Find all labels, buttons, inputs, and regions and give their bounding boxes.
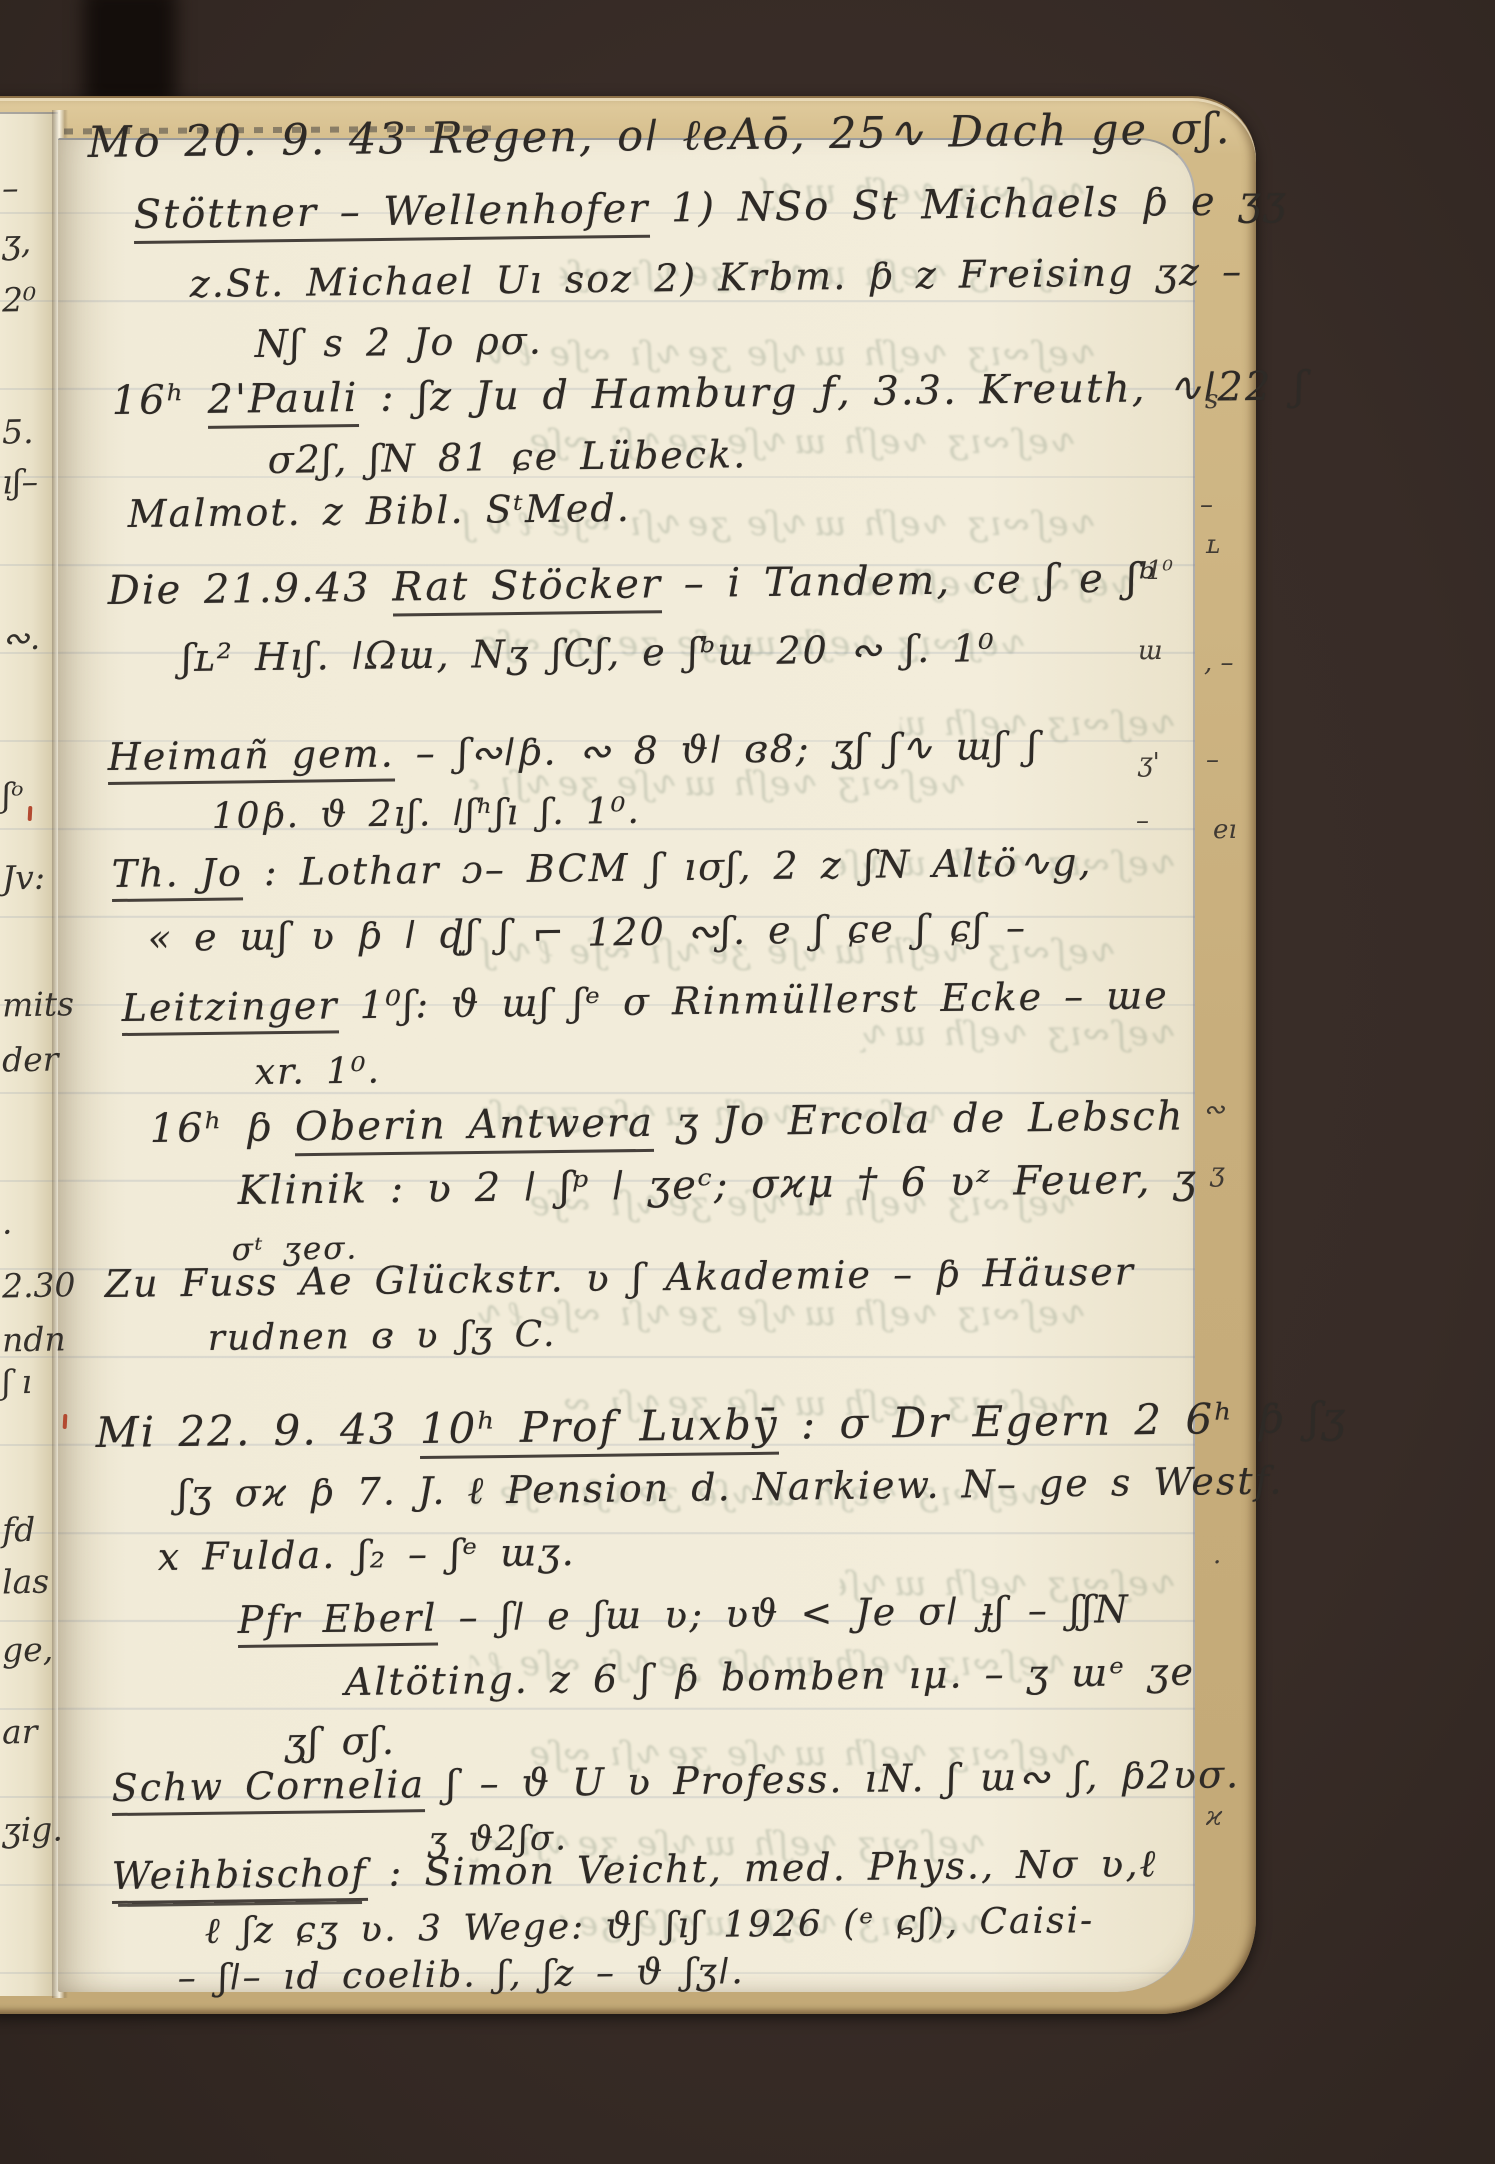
bleedthrough-row: ∿eʃ∾ıʒ ∿eʃh ɯ∿ʃe ʒe∿ʃı ∾ʃe ℓ∿ ʃeɯ ʒ∿e ʃı… bbox=[760, 172, 1090, 218]
binding-shadow bbox=[84, 0, 176, 106]
red-tick bbox=[28, 806, 33, 821]
bleedthrough-row: ∿eʃ∾ıʒ ∿eʃh ɯ∿ʃe ʒe∿ʃı ∾ʃe ℓ∿ ʃeɯ ʒ∿e ʃı… bbox=[840, 844, 1180, 890]
red-tick bbox=[63, 1414, 68, 1429]
bleedthrough-row: ∿eʃ∾ıʒ ∿eʃh ɯ∿ʃe ʒe∿ʃı ∾ʃe ℓ∿ ʃeɯ ʒ∿e ʃı… bbox=[470, 764, 970, 810]
bleedthrough-row: ∿eʃ∾ıʒ ∿eʃh ɯ∿ʃe ʒe∿ʃı ∾ʃe ℓ∿ ʃeɯ ʒ∿e ʃı… bbox=[900, 704, 1180, 750]
bleedthrough-row: ∿eʃ∾ıʒ ∿eʃh ɯ∿ʃe ʒe∿ʃı ∾ʃe ℓ∿ ʃeɯ ʒ∿e ʃı… bbox=[470, 1474, 1050, 1520]
bleedthrough-row: ∿eʃ∾ıʒ ∿eʃh ɯ∿ʃe ʒe∿ʃı ∾ʃe ℓ∿ ʃeɯ ʒ∿e ʃı… bbox=[480, 932, 1120, 978]
notebook-photo: ∿eʃ∾ıʒ ∿eʃh ɯ∿ʃe ʒe∿ʃı ∾ʃe ℓ∿ ʃeɯ ʒ∿e ʃı… bbox=[0, 0, 1495, 2164]
bleedthrough-row: ∿eʃ∾ıʒ ∿eʃh ɯ∿ʃe ʒe∿ʃı ∾ʃe ℓ∿ ʃeɯ ʒ∿e ʃı… bbox=[480, 334, 1100, 380]
bleedthrough-row: ∿eʃ∾ıʒ ∿eʃh ɯ∿ʃe ʒe∿ʃı ∾ʃe ℓ∿ ʃeɯ ʒ∿e ʃı… bbox=[470, 1644, 1070, 1690]
bleedthrough-row: ∿eʃ∾ıʒ ∿eʃh ɯ∿ʃe ʒe∿ʃı ∾ʃe ℓ∿ ʃeɯ ʒ∿e ʃı… bbox=[520, 1184, 1080, 1230]
bleedthrough-row: ∿eʃ∾ıʒ ∿eʃh ɯ∿ʃe ʒe∿ʃı ∾ʃe ℓ∿ ʃeɯ ʒ∿e ʃı… bbox=[470, 1824, 990, 1870]
bleedthrough-row: ∿eʃ∾ıʒ ∿eʃh ɯ∿ʃe ʒe∿ʃı ∾ʃe ℓ∿ ʃeɯ ʒ∿e ʃı… bbox=[840, 1564, 1180, 1610]
bleedthrough-row: ∿eʃ∾ıʒ ∿eʃh ɯ∿ʃe ʒe∿ʃı ∾ʃe ℓ∿ ʃeɯ ʒ∿e ʃı… bbox=[560, 1384, 1080, 1430]
bleedthrough-row: ∿eʃ∾ıʒ ∿eʃh ɯ∿ʃe ʒe∿ʃı ∾ʃe ℓ∿ ʃeɯ ʒ∿e ʃı… bbox=[860, 1014, 1180, 1060]
bleedthrough-row: ∿eʃ∾ıʒ ∿eʃh ɯ∿ʃe ʒe∿ʃı ∾ʃe ℓ∿ ʃeɯ ʒ∿e ʃı… bbox=[560, 1904, 990, 1950]
bleedthrough-row: ∿eʃ∾ıʒ ∿eʃh ɯ∿ʃe ʒe∿ʃı ∾ʃe ℓ∿ ʃeɯ ʒ∿e ʃı… bbox=[840, 564, 1140, 610]
bleedthrough-row: ∿eʃ∾ıʒ ∿eʃh ɯ∿ʃe ʒe∿ʃı ∾ʃe ℓ∿ ʃeɯ ʒ∿e ʃı… bbox=[560, 254, 1100, 300]
bleedthrough-row: ∿eʃ∾ıʒ ∿eʃh ɯ∿ʃe ʒe∿ʃı ∾ʃe ℓ∿ ʃeɯ ʒ∿e ʃı… bbox=[470, 1094, 950, 1140]
bleedthrough-layer: ∿eʃ∾ıʒ ∿eʃh ɯ∿ʃe ʒe∿ʃı ∾ʃe ℓ∿ ʃeɯ ʒ∿e ʃı… bbox=[58, 140, 1193, 1992]
diary-page: ∿eʃ∾ıʒ ∿eʃh ɯ∿ʃe ʒe∿ʃı ∾ʃe ℓ∿ ʃeɯ ʒ∿e ʃı… bbox=[58, 138, 1195, 1992]
bleedthrough-row: ∿eʃ∾ıʒ ∿eʃh ɯ∿ʃe ʒe∿ʃı ∾ʃe ℓ∿ ʃeɯ ʒ∿e ʃı… bbox=[520, 1734, 1080, 1780]
bleedthrough-row: ∿eʃ∾ıʒ ∿eʃh ɯ∿ʃe ʒe∿ʃı ∾ʃe ℓ∿ ʃeɯ ʒ∿e ʃı… bbox=[470, 1294, 1090, 1340]
bleedthrough-row: ∿eʃ∾ıʒ ∿eʃh ɯ∿ʃe ʒe∿ʃı ∾ʃe ℓ∿ ʃeɯ ʒ∿e ʃı… bbox=[460, 504, 1100, 550]
facing-page-strip bbox=[0, 112, 58, 1996]
bleedthrough-row: ∿eʃ∾ıʒ ∿eʃh ɯ∿ʃe ʒe∿ʃı ∾ʃe ℓ∿ ʃeɯ ʒ∿e ʃı… bbox=[470, 624, 1030, 670]
bleedthrough-row: ∿eʃ∾ıʒ ∿eʃh ɯ∿ʃe ʒe∿ʃı ∾ʃe ℓ∿ ʃeɯ ʒ∿e ʃı… bbox=[520, 422, 1080, 468]
